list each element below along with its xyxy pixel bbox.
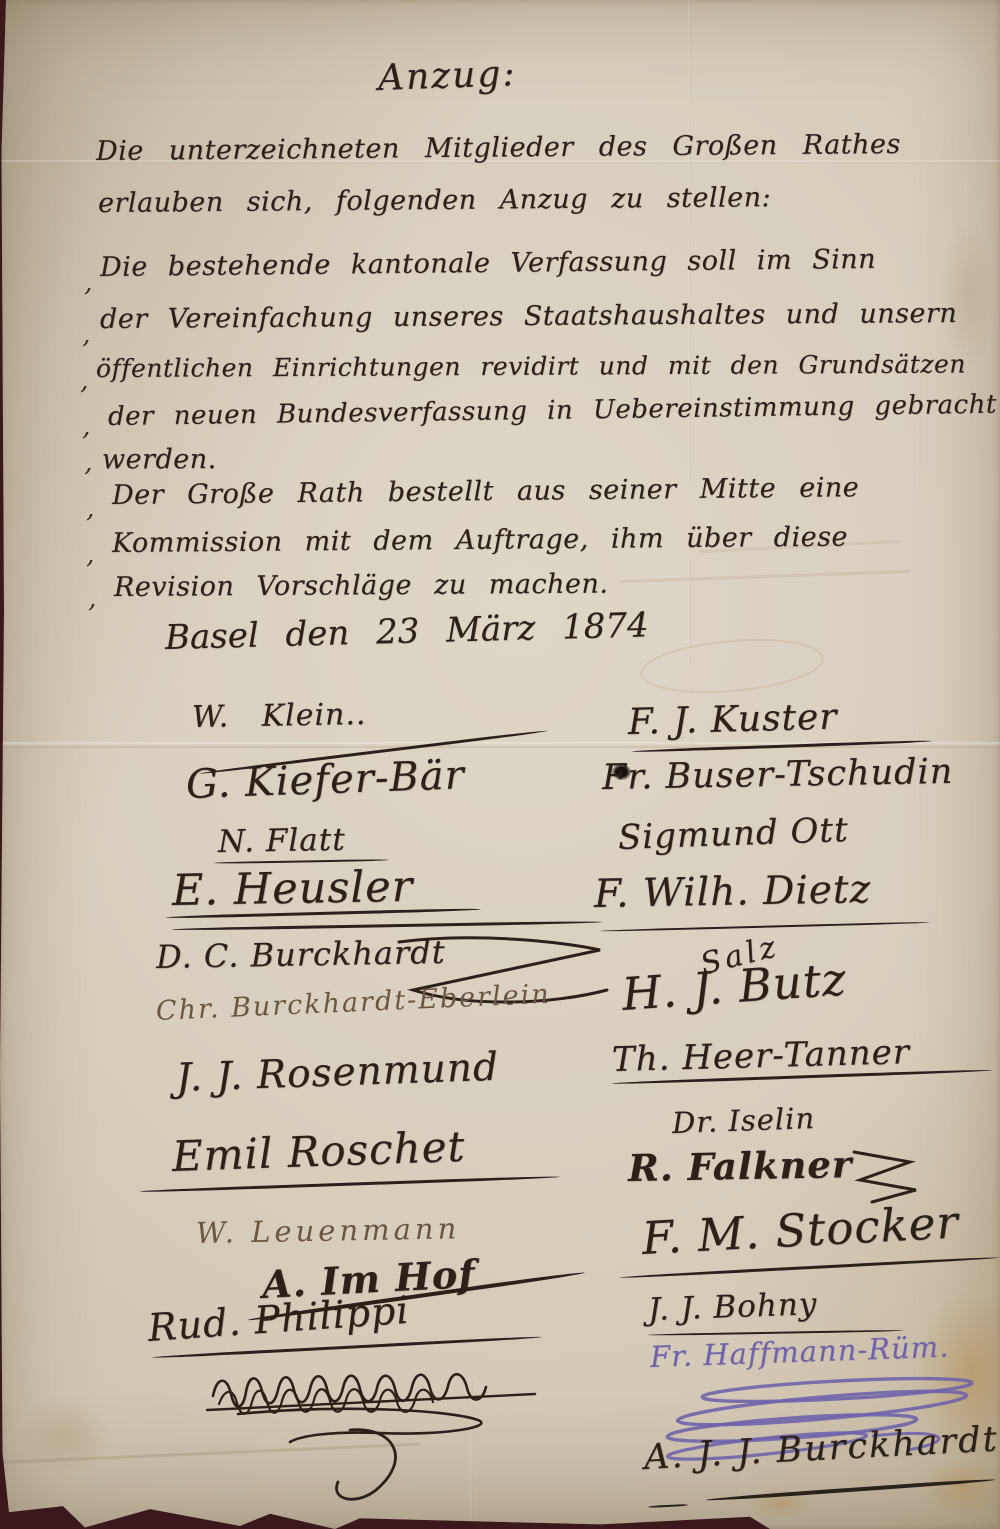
signature-kuster: F. J. Kuster	[627, 697, 838, 743]
ink-showthrough-line	[620, 570, 910, 583]
signature-flourish	[648, 1504, 688, 1508]
margin-mark: ‚	[84, 448, 92, 478]
signature-kiefer-baer: G. Kiefer-Bär	[185, 752, 465, 808]
stain-right-upper	[940, 220, 995, 370]
document-photo: Anzug: Die unterzeichneten Mitglieder de…	[0, 0, 1000, 1529]
margin-mark: ‚	[82, 320, 90, 350]
signature-rosenmund: J. J. Rosenmund	[175, 1045, 499, 1101]
stain-bottom-center	[748, 1488, 812, 1518]
ink-showthrough-oval	[638, 632, 826, 700]
paragraph2-line3: öffentlichen Einrichtungen revidirt und …	[96, 349, 966, 383]
signature-flourish	[706, 1478, 996, 1502]
pen-flourish	[230, 1402, 510, 1522]
signature-ott: Sigmund Ott	[617, 810, 849, 858]
signature-dietz: F. Wilh. Dietz	[594, 867, 872, 917]
signature-flourish	[172, 920, 602, 931]
signature-iselin: Dr. Iselin	[671, 1101, 815, 1140]
paragraph1-line1: Die unterzeichneten Mitglieder des Große…	[96, 129, 901, 167]
signature-haffmann-violet: Fr. Haffmann-Rüm.	[649, 1330, 949, 1374]
crossed-out-signature	[205, 1368, 555, 1428]
signature-philippi: Rud. Philippi	[146, 1288, 410, 1350]
signature-d-burckhardt: D. C. Burckhardt	[156, 933, 446, 976]
paper-sheet: Anzug: Die unterzeichneten Mitglieder de…	[0, 0, 1000, 1529]
stain-bottom-left	[20, 1396, 110, 1476]
signature-falkner: R. Falkner	[628, 1142, 853, 1190]
signature-heusler: E. Heusler	[172, 862, 414, 916]
margin-mark: ‚	[80, 366, 88, 396]
paragraph3-line2: Kommission mit dem Auftrage, ihm über di…	[112, 522, 848, 559]
paragraph3-line1: Der Große Rath bestellt aus seiner Mitte…	[112, 472, 860, 511]
margin-mark: ‚	[86, 540, 94, 570]
signature-flatt: N. Flatt	[218, 822, 346, 860]
paragraph2-line4: der neuen Bundesverfassung in Uebereinst…	[108, 390, 997, 432]
document-title: Anzug:	[377, 53, 517, 99]
signature-leuenmann: W. Leuenmann	[196, 1211, 461, 1250]
margin-mark: ‚	[86, 494, 94, 524]
paragraph2-line1: Die bestehende kantonale Verfassung soll…	[100, 244, 876, 283]
margin-mark: ‚	[88, 584, 96, 614]
signature-heer-tanner: Th. Heer-Tanner	[611, 1032, 910, 1080]
signature-roschet: Emil Roschet	[171, 1122, 466, 1181]
wrinkle-bottom	[0, 1443, 420, 1465]
paragraph2-line5: werden.	[102, 444, 217, 475]
fold-crease-middle	[0, 742, 1000, 748]
margin-mark: ‚	[84, 268, 92, 298]
signature-buser-tschudin: Fr. Buser-Tschudin	[602, 752, 954, 798]
paragraph3-line3: Revision Vorschläge zu machen.	[114, 569, 609, 603]
signature-w-klein: W. Klein..	[192, 697, 367, 735]
signature-bohny: J. J. Bohny	[647, 1286, 818, 1328]
signature-butz: H. J. Butz	[620, 952, 848, 1021]
signature-stocker: F. M. Stocker	[641, 1195, 960, 1265]
dateline: Basel den 23 März 1874	[164, 605, 649, 658]
margin-mark: ‚	[82, 412, 90, 442]
signature-burckhardt-eberlein: Chr. Burckhardt-Eberlein	[155, 979, 551, 1027]
paragraph2-line2: der Vereinfachung unseres Staatshaushalt…	[100, 298, 957, 335]
stain-bottom-right	[922, 1458, 1000, 1518]
signature-ajj-burckhardt: A. J. J. Burckhardt	[643, 1419, 1000, 1478]
fold-crease-bottom-vertical	[470, 1380, 473, 1529]
paragraph1-line2: erlauben sich, folgenden Anzug zu stelle…	[98, 182, 771, 219]
